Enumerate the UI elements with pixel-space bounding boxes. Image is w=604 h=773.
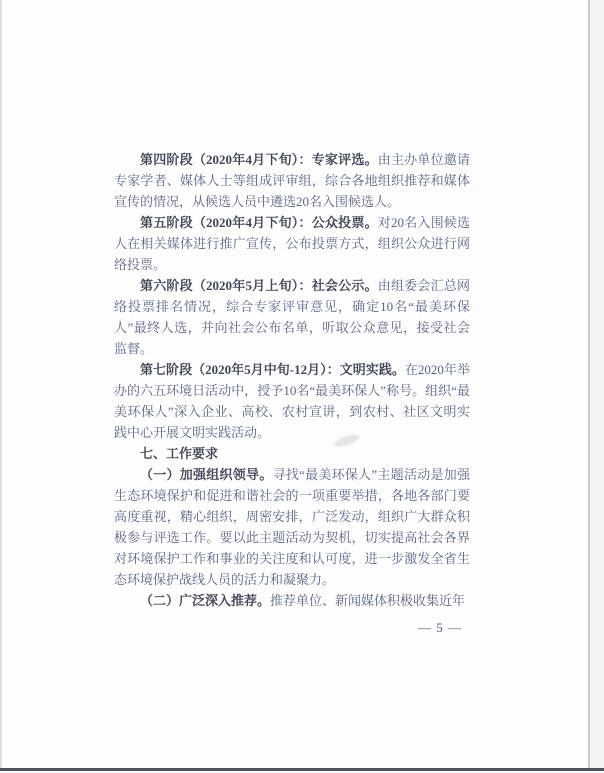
section-heading-work-requirements: 七、工作要求 [114,443,470,464]
paragraph-lead: （一）加强组织领导。 [140,467,273,482]
scan-right-edge [588,0,590,769]
page-number: — 5 — [114,617,470,638]
paragraph-lead: 第七阶段（2020年5月中旬-12月）：文明实践。 [140,362,405,377]
paragraph-text: 寻找“最美环保人”主题活动是加强生态环境保护和促进和谐社会的一项重要举措，各地各… [114,467,470,587]
paragraph-lead: （二）广泛深入推荐。 [140,593,270,608]
paragraph-stage-six: 第六阶段（2020年5月上旬）：社会公示。由组委会汇总网络投票排名情况，综合专家… [114,275,470,359]
paragraph-lead: 第六阶段（2020年5月上旬）：社会公示。 [140,278,378,293]
paragraph-requirement-two: （二）广泛深入推荐。推荐单位、新闻媒体积极收集近年 [114,590,470,611]
paragraph-stage-five: 第五阶段（2020年4月下旬）：公众投票。对20名入围候选人在相关媒体进行推广宣… [114,212,470,275]
paragraph-stage-four: 第四阶段（2020年4月下旬）：专家评选。由主办单位邀请专家学者、媒体人士等组成… [114,149,470,212]
paragraph-stage-seven: 第七阶段（2020年5月中旬-12月）：文明实践。在2020年举办的六五环境日活… [114,359,470,443]
paragraph-lead: 第五阶段（2020年4月下旬）：公众投票。 [140,215,378,230]
paragraph-text: 推荐单位、新闻媒体积极收集近年 [270,593,465,608]
paragraph-lead: 第四阶段（2020年4月下旬）：专家评选。 [140,152,378,167]
paragraph-requirement-one: （一）加强组织领导。寻找“最美环保人”主题活动是加强生态环境保护和促进和谐社会的… [114,464,470,590]
scan-bottom-edge [0,768,604,771]
scan-right-band [590,0,604,769]
scan-left-edge [0,0,2,769]
document-body: 第四阶段（2020年4月下旬）：专家评选。由主办单位邀请专家学者、媒体人士等组成… [114,149,470,638]
scanned-document-page: 第四阶段（2020年4月下旬）：专家评选。由主办单位邀请专家学者、媒体人士等组成… [0,0,604,773]
